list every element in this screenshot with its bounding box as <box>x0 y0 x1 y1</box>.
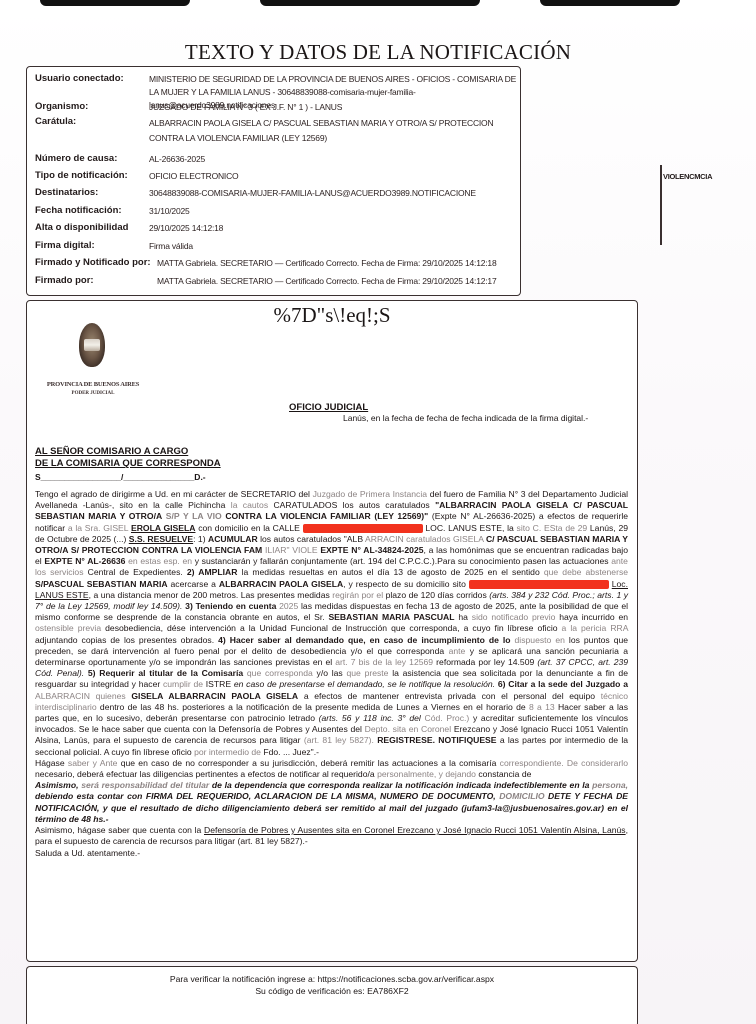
meta-label: Número de causa: <box>35 153 147 165</box>
legal-citation: (arts. 56 y 118 inc. 3° del <box>319 713 421 723</box>
text: en caso de presentarse el demandado, se … <box>234 679 495 689</box>
coat-of-arms-shield <box>84 339 100 351</box>
resolves-heading: S.S. RESUELVE <box>129 534 193 544</box>
meta-value: AL-26636-2025 <box>149 153 521 165</box>
oficio-body: Tengo el agrado de dirigirme a Ud. en mi… <box>35 489 628 859</box>
text: Asimismo, <box>35 780 78 790</box>
text: Fdo. ... Juez".- <box>263 747 319 757</box>
meta-value: 31/10/2025 <box>149 205 521 217</box>
meta-label: Usuario conectado: <box>35 73 147 85</box>
notification-metadata-box: Usuario conectado: MINISTERIO DE SEGURID… <box>26 66 521 296</box>
text: de la dependencia que corresponda realiz… <box>212 780 590 790</box>
smudged-text: 8 a 13 <box>529 702 555 712</box>
meta-value: MATTA Gabriela. SECRETARIO — Certificado… <box>157 275 521 287</box>
text: constancia de <box>478 769 531 779</box>
text: Tengo el agrado de dirigirme a Ud. en mi… <box>35 489 310 499</box>
bold-keyword: ACUMULAR <box>208 534 258 544</box>
smudged-text: a la Sra. GISEL <box>68 523 128 533</box>
meta-label: Organismo: <box>35 101 147 113</box>
text: Asimismo, hágase saber que cuenta con la <box>35 825 201 835</box>
paragraph-main: Tengo el agrado de dirigirme a Ud. en mi… <box>35 489 628 758</box>
text: reformada por ley 14.509 <box>436 657 534 667</box>
text: ha <box>458 612 468 622</box>
text: ISTRE <box>206 679 231 689</box>
smudged-text: que corresponda <box>247 668 313 678</box>
text: conforme se desprende de la constancia o… <box>64 612 324 622</box>
party-name: SEBASTIAN MARIA PASCUAL <box>328 612 454 622</box>
smudged-text: (art. 81 ley 5827). <box>304 735 374 745</box>
smudged-text: ARRACIN caratulados GISELA <box>365 534 484 544</box>
closing-line: Saluda a Ud. atentamente.- <box>35 848 628 859</box>
meta-value: JUZGADO DE FAMILIA N° 3 ( EX J.F. N° 1 )… <box>149 101 521 113</box>
case-number-bold: EXPTE N° AL-34824-2025 <box>320 545 423 555</box>
ghost-text-fragment: VIOLENCMCIA <box>663 172 712 181</box>
addressee-block: AL SEÑOR COMISARIO A CARGO DE LA COMISAR… <box>35 446 221 470</box>
smudged-text: regirán por el <box>332 590 383 600</box>
paragraph-jurisdiction: Hágase saber y Ante que en caso de no co… <box>35 758 628 780</box>
smudged-text: ostensible previa <box>35 623 101 633</box>
meta-label: Firmado y Notificado por: <box>35 257 153 269</box>
salutation-line: S_________________/_______________D.- <box>35 472 206 482</box>
text: Central de Expedientes. <box>88 567 183 577</box>
crest-province-label: PROVINCIA DE BUENOS AIRES <box>33 381 153 388</box>
court-email: juzgado (jufam3-la@jusbuenosaires.gov.ar… <box>426 803 604 813</box>
meta-value: OFICIO ELECTRONICO <box>149 170 521 182</box>
bold-keyword: REGISTRESE. NOTIFIQUESE <box>377 735 496 745</box>
text: debiendo esta contar con FIRMA DEL REQUE… <box>35 791 496 801</box>
meta-value: 29/10/2025 14:12:18 <box>149 222 521 234</box>
party-name: ALBARRACIN PAOLA GISELA <box>219 579 343 589</box>
smudged-text: que debe abstenerse <box>544 567 628 577</box>
crest-power-label: PODER JUDICIAL <box>33 391 153 396</box>
text: los autos caratulados "ALB <box>260 534 363 544</box>
smudged-text: ante <box>449 646 466 656</box>
smudged-text: personalmente, y dejando <box>377 769 476 779</box>
meta-label: Destinatarios: <box>35 187 147 199</box>
meta-label: Alta o disponibilidad <box>35 222 147 234</box>
meta-label: Firmado por: <box>35 275 147 287</box>
text: que en caso de no corresponder a su juri… <box>121 758 497 768</box>
text: desobediencia, dése intervención a la Un… <box>105 623 557 633</box>
smudged-text: Juzgado de Primera Instancia <box>313 489 427 499</box>
text: CARATULADOS los autos caratulados <box>273 500 429 510</box>
smudged-text: ILIAR" VIOLE <box>265 545 318 555</box>
meta-value: MATTA Gabriela. SECRETARIO — Certificado… <box>157 257 521 269</box>
smudged-text: dispuesto en <box>515 635 565 645</box>
meta-label: Firma digital: <box>35 240 147 252</box>
text: acercarse a <box>171 579 216 589</box>
bold-keyword: 5) Requerir al titular de la Comisaría <box>88 668 243 678</box>
text: LOC. LANUS ESTE, la <box>425 523 513 533</box>
smudged-text: por intermedio de <box>194 747 261 757</box>
case-title-bold: CONTRA LA VIOLENCIA FAMILIAR (LEY 12569)… <box>225 511 428 521</box>
oficio-title: OFICIO JUDICIAL <box>289 402 368 413</box>
fold-artifact-line <box>660 165 662 245</box>
smudged-text: S/P Y LA VIO <box>166 511 222 521</box>
text: dentro de las 48 hs. posteriores a la no… <box>100 702 526 712</box>
smudged-text: a la pericia RRA <box>562 623 628 633</box>
smudged-text: Depto. sita en Coronel <box>365 724 451 734</box>
garbled-header-text: %7D"s\!eq!;S <box>27 303 637 328</box>
case-number-bold: EXPTE N° AL-26636 <box>44 556 125 566</box>
meta-label: Fecha notificación: <box>35 205 147 217</box>
document-title: TEXTO Y DATOS DE LA NOTIFICACIÓN <box>0 40 756 65</box>
meta-label: Tipo de notificación: <box>35 170 147 182</box>
addressee-line-2: DE LA COMISARIA QUE CORRESPONDA <box>35 458 221 470</box>
text: adjuntando copias de los presentes obrad… <box>35 635 214 645</box>
smudged-text: art. 7 bis de la ley 12569 <box>335 657 433 667</box>
bold-keyword: 3) Teniendo en cuenta <box>185 601 276 611</box>
text: necesario, deberá efectuar las diligenci… <box>35 769 375 779</box>
smudged-text: Cód. Proc.) <box>425 713 470 723</box>
bold-keyword: 4) Hacer saber al demandado que, en caso… <box>218 635 510 645</box>
smudged-text: saber y Ante <box>68 758 118 768</box>
paragraph-instructions: Asimismo, será responsabilidad del titul… <box>35 780 628 825</box>
verification-url-line: Para verificar la notificación ingrese a… <box>27 974 637 984</box>
text: Hágase <box>35 758 65 768</box>
party-name: S/PASCUAL SEBASTIAN MARIA <box>35 579 168 589</box>
text: , a una distancia menor de 200 metros. L… <box>89 590 330 600</box>
place-date-line: Lanús, en la fecha de fecha de fecha ind… <box>343 413 588 423</box>
smudged-text: 2025 <box>279 601 298 611</box>
smudged-text: en estas esp. en <box>128 556 192 566</box>
smudged-text: ALBARRACIN quienes <box>35 691 126 701</box>
smudged-text: sito C. ESta de 29 <box>517 523 588 533</box>
party-name: GISELA ALBARRACIN PAOLA GISELA <box>131 691 298 701</box>
text: , y respecto de su domicilio sito <box>343 579 466 589</box>
text: y/o las <box>317 668 343 678</box>
verification-box: Para verificar la notificación ingrese a… <box>26 966 638 1024</box>
text: a efectos de mantener entrevista privada… <box>304 691 595 701</box>
smudged-text: persona, <box>592 780 628 790</box>
smudged-text: sido notificado previo <box>472 612 556 622</box>
text: : 1) <box>193 534 205 544</box>
bold-keyword: 6) Citar a la sede del Juzgado a <box>498 679 628 689</box>
text: y sustanciarán y fallarán conjuntamente … <box>195 556 609 566</box>
redaction-bar <box>303 524 423 533</box>
meta-value: ALBARRACIN PAOLA GISELA C/ PASCUAL SEBAS… <box>149 116 521 146</box>
oficio-judicial-box: %7D"s\!eq!;S PROVINCIA DE BUENOS AIRES P… <box>26 300 638 962</box>
redaction-bar <box>469 580 609 589</box>
meta-value: Firma válida <box>149 240 521 252</box>
bold-keyword: 2) AMPLIAR <box>187 567 238 577</box>
photo-top-edge <box>0 0 756 8</box>
text: haya incurrido en <box>559 612 628 622</box>
smudged-text: correspondiente. De considerarlo <box>500 758 628 768</box>
paragraph-defensoria: Asimismo, hágase saber que cuenta con la… <box>35 825 628 847</box>
defensoria-address: Defensoría de Pobres y Ausentes sita en … <box>204 825 626 835</box>
smudged-text: será responsabilidad del titular <box>81 780 209 790</box>
case-number: (Expte N° AL-26636-2025) <box>432 511 535 521</box>
smudged-text: DOMICILIO <box>499 791 544 801</box>
meta-label: Carátula: <box>35 116 147 128</box>
verification-code-line: Su código de verificación es: EA786XF2 <box>27 986 637 996</box>
meta-value: 30648839088-COMISARIA-MUJER-FAMILIA-LANU… <box>149 187 521 199</box>
smudged-text: cumplir de <box>163 679 203 689</box>
text: plazo de 120 días corridos <box>386 590 487 600</box>
text: la medidas resueltas en autos el día 13 … <box>242 567 540 577</box>
smudged-text: que preste <box>346 668 388 678</box>
party-name: EROLA GISELA <box>131 523 195 533</box>
text: con domicilio en la CALLE <box>198 523 300 533</box>
addressee-line-1: AL SEÑOR COMISARIO A CARGO <box>35 446 221 458</box>
smudged-text: la cautos <box>231 500 268 510</box>
